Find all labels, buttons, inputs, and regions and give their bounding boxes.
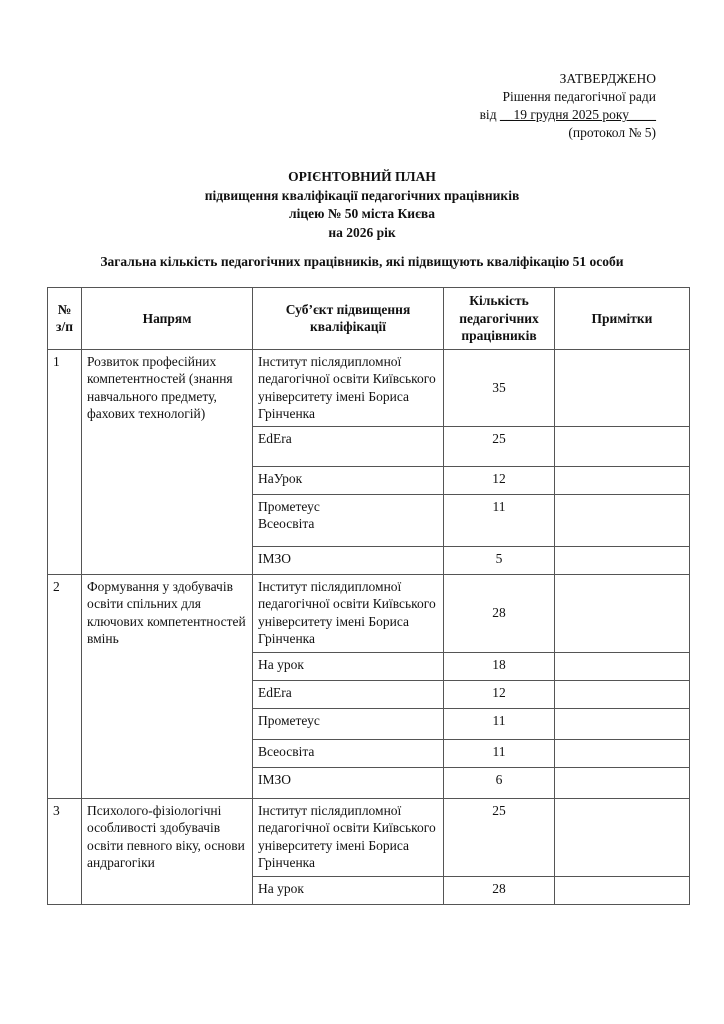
subject-cell: ІМЗО (253, 546, 444, 574)
training-plan-table: № з/п Напрям Суб’єкт підвищення кваліфік… (47, 287, 690, 905)
approval-label: ЗАТВЕРДЖЕНО (480, 70, 656, 88)
table-header-row: № з/п Напрям Суб’єкт підвищення кваліфік… (48, 288, 690, 350)
notes-cell (555, 574, 690, 652)
count-cell: 11 (444, 739, 555, 767)
notes-cell (555, 652, 690, 680)
direction-cell: Психолого-фізіологічні особливості здобу… (82, 798, 253, 904)
subject-line: Прометеус Всеосвіта (258, 499, 320, 532)
subject-cell: Інститут післядипломної педагогічної осв… (253, 798, 444, 876)
count-cell: 11 (444, 708, 555, 739)
count-cell: 18 (444, 652, 555, 680)
count-cell: 6 (444, 767, 555, 798)
row-number: 1 (48, 349, 82, 574)
subject-cell: EdEra (253, 680, 444, 708)
count-cell: 28 (444, 876, 555, 904)
notes-cell (555, 494, 690, 546)
count-cell: 28 (444, 574, 555, 652)
count-cell: 5 (444, 546, 555, 574)
table-row: 2Формування у здобувачів освіти спільних… (48, 574, 690, 652)
subject-cell: Прометеус Всеосвіта (253, 494, 444, 546)
notes-cell (555, 349, 690, 426)
notes-cell (555, 798, 690, 876)
count-cell: 25 (444, 798, 555, 876)
subject-cell: Всеосвіта (253, 739, 444, 767)
count-cell: 35 (444, 349, 555, 426)
approval-body: Рішення педагогічної ради (480, 88, 656, 106)
table-row: 3Психолого-фізіологічні особливості здоб… (48, 798, 690, 876)
notes-cell (555, 680, 690, 708)
row-number: 2 (48, 574, 82, 798)
notes-cell (555, 739, 690, 767)
notes-cell (555, 426, 690, 466)
title-line-1: ОРІЄНТОВНИЙ ПЛАН (0, 168, 724, 187)
subject-cell: Прометеус (253, 708, 444, 739)
approval-stamp: ЗАТВЕРДЖЕНО Рішення педагогічної ради ві… (480, 70, 656, 142)
notes-cell (555, 767, 690, 798)
total-staff-line: Загальна кількість педагогічних працівни… (0, 254, 724, 270)
header-count: Кількість педагогічних працівників (444, 288, 555, 350)
row-number: 3 (48, 798, 82, 904)
approval-date-line: від __19 грудня 2025 року____ (480, 106, 656, 124)
header-notes: Примітки (555, 288, 690, 350)
notes-cell (555, 876, 690, 904)
header-subject: Суб’єкт підвищення кваліфікації (253, 288, 444, 350)
title-line-4: на 2026 рік (0, 224, 724, 243)
header-no: № з/п (48, 288, 82, 350)
count-cell: 12 (444, 466, 555, 494)
title-line-3: ліцею № 50 міста Києва (0, 205, 724, 224)
approval-date: __19 грудня 2025 року____ (500, 107, 656, 122)
count-cell: 11 (444, 494, 555, 546)
table-row: 1Розвиток професійних компетентностей (з… (48, 349, 690, 426)
subject-cell: На урок (253, 652, 444, 680)
subject-cell: НаУрок (253, 466, 444, 494)
subject-cell: ІМЗО (253, 767, 444, 798)
subject-cell: Інститут післядипломної педагогічної осв… (253, 574, 444, 652)
notes-cell (555, 546, 690, 574)
direction-cell: Розвиток професійних компетентностей (зн… (82, 349, 253, 574)
subject-cell: EdEra (253, 426, 444, 466)
header-direction: Напрям (82, 288, 253, 350)
direction-cell: Формування у здобувачів освіти спільних … (82, 574, 253, 798)
subject-cell: Інститут післядипломної педагогічної осв… (253, 349, 444, 426)
count-cell: 25 (444, 426, 555, 466)
subject-cell: На урок (253, 876, 444, 904)
notes-cell (555, 466, 690, 494)
approval-date-prefix: від (480, 107, 497, 122)
document-title: ОРІЄНТОВНИЙ ПЛАН підвищення кваліфікації… (0, 168, 724, 242)
notes-cell (555, 708, 690, 739)
count-cell: 12 (444, 680, 555, 708)
title-line-2: підвищення кваліфікації педагогічних пра… (0, 187, 724, 206)
table-body: 1Розвиток професійних компетентностей (з… (48, 349, 690, 904)
approval-protocol: (протокол № 5) (480, 124, 656, 142)
